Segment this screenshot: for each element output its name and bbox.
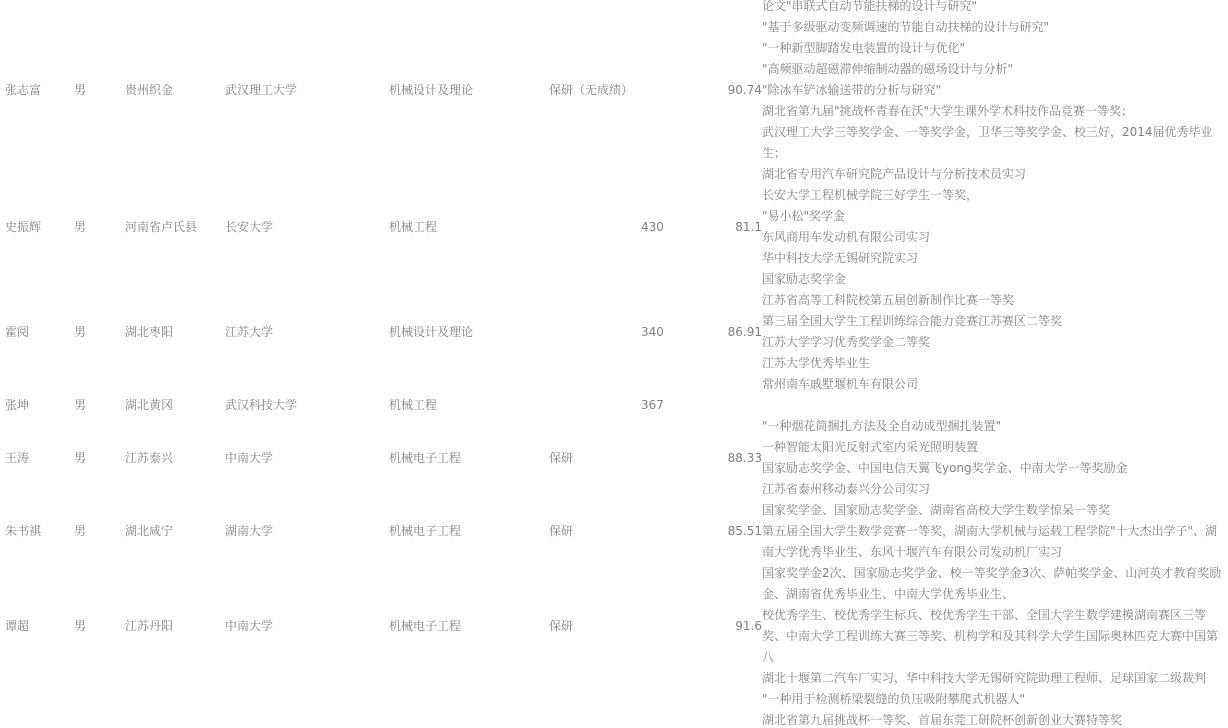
candidate-table: 张志富 男 贵州织金 武汉理工大学 机械设计及理论 保研（无成绩） 90.74 … [0,0,1228,728]
cell-achievements: 长安大学工程机械学院三好学生一等奖，"易小松"奖学金东风商用车发动机有限公司实习… [762,185,1223,269]
cell-hometown: 湖北咸宁 [125,521,225,542]
cell-major: 机械电子工程 [389,616,549,637]
achievement-line: "基于多级驱动变频调速的节能自动扶梯的设计与研究" [762,17,1223,38]
achievement-line: 第三届全国大学生工程训练综合能力竞赛江苏赛区二等奖 [762,311,1223,332]
achievement-line: "一种烟花筒捆扎方法及全自动成型捆扎装置" [762,416,1223,437]
achievement-line: "易小松"奖学金 [762,206,1223,227]
cell-exam-score: 367 [641,395,681,416]
cell-gpa: 90.74 [681,80,762,101]
achievement-line: 江苏大学优秀毕业生 [762,353,1223,374]
achievement-line: 武汉理工大学三等奖学金、一等奖学金，卫华三等奖学金、校三好，2014届优秀毕业生… [762,122,1223,164]
achievement-line: 东风商用车发动机有限公司实习 [762,227,1223,248]
cell-admission-status: 保研（无成绩） [549,80,641,101]
cell-major: 机械设计及理论 [389,80,549,101]
achievement-line: 湖北省第九届挑战杯一等奖、首届东莞工研院杯创新创业大赛特等奖 [762,710,1223,728]
cell-admission-status: 保研 [549,616,641,637]
cell-major: 机械电子工程 [389,448,549,469]
achievement-line: 国家励志奖学金 [762,269,1223,290]
table-row: "一种用于检测桥梁裂缝的负压吸附攀爬式机器人"湖北省第九届挑战杯一等奖、首届东莞… [0,689,1228,728]
cell-name: 张坤 [0,395,74,416]
cell-university: 武汉理工大学 [225,80,389,101]
table-row: 张坤 男 湖北黄冈 武汉科技大学 机械工程 367 [0,395,1228,416]
cell-gpa: 81.1 [681,217,762,238]
cell-hometown: 江苏泰兴 [125,448,225,469]
achievement-line: 国家奖学金、国家励志奖学金、湖南省高校大学生数学惊呆一等奖 [762,500,1223,521]
cell-university: 江苏大学 [225,322,389,343]
cell-major: 机械设计及理论 [389,322,549,343]
cell-achievements: 国家奖学金、国家励志奖学金、湖南省高校大学生数学惊呆一等奖第五届全国大学生数学竞… [762,500,1223,563]
cell-university: 中南大学 [225,616,389,637]
cell-name: 霍阅 [0,322,74,343]
cell-major: 机械工程 [389,395,549,416]
cell-gender: 男 [74,616,125,637]
cell-major: 机械工程 [389,217,549,238]
cell-gpa: 86.91 [681,322,762,343]
cell-achievements: "一种烟花筒捆扎方法及全自动成型捆扎装置"一种智能太阳光反射式室内采光照明装置国… [762,416,1223,500]
cell-name: 张志富 [0,80,74,101]
cell-name: 王涛 [0,448,74,469]
cell-name: 史振辉 [0,217,74,238]
cell-major: 机械电子工程 [389,521,549,542]
cell-university: 中南大学 [225,448,389,469]
cell-name: 谭超 [0,616,74,637]
cell-achievements: "一种用于检测桥梁裂缝的负压吸附攀爬式机器人"湖北省第九届挑战杯一等奖、首届东莞… [762,689,1223,728]
cell-gender: 男 [74,217,125,238]
cell-achievements: 国家励志奖学金江苏省高等工科院校第五届创新制作比赛一等奖第三届全国大学生工程训练… [762,269,1223,395]
achievement-line: "高频驱动超磁滞伸缩制动器的磁场设计与分析" [762,59,1223,80]
achievement-line: 华中科技大学无锡研究院实习 [762,248,1223,269]
cell-gender: 男 [74,448,125,469]
cell-hometown: 湖北枣阳 [125,322,225,343]
cell-gpa: 91.6 [681,616,762,637]
cell-hometown: 湖北黄冈 [125,395,225,416]
achievement-line: "一种用于检测桥梁裂缝的负压吸附攀爬式机器人" [762,689,1223,710]
cell-name: 朱书祺 [0,521,74,542]
table-row: 王涛 男 江苏泰兴 中南大学 机械电子工程 保研 88.33 "一种烟花筒捆扎方… [0,416,1228,500]
cell-university: 湖南大学 [225,521,389,542]
achievement-line: "一种新型脚踏发电装置的设计与优化" [762,38,1223,59]
table-row: 谭超 男 江苏丹阳 中南大学 机械电子工程 保研 91.6 国家奖学金2次、国家… [0,563,1228,689]
cell-gender: 男 [74,521,125,542]
cell-hometown: 江苏丹阳 [125,616,225,637]
cell-gender: 男 [74,322,125,343]
cell-admission-status: 保研 [549,448,641,469]
achievement-line: "除冰车铲冰输送带的分析与研究" [762,80,1223,101]
achievement-line: 江苏大学学习优秀奖学金二等奖 [762,332,1223,353]
table-row: 霍阅 男 湖北枣阳 江苏大学 机械设计及理论 340 86.91 国家励志奖学金… [0,269,1228,395]
achievement-line: 校优秀学生、校优秀学生标兵、校优秀学生干部、全国大学生数学建模湖南赛区三等奖、中… [762,605,1223,668]
cell-hometown: 河南省卢氏县 [125,217,225,238]
achievement-line: 国家励志奖学金、中国电信天翼飞yong奖学金、中南大学一等奖励金 [762,458,1223,479]
table-row: 张志富 男 贵州织金 武汉理工大学 机械设计及理论 保研（无成绩） 90.74 … [0,0,1228,185]
table-body: 张志富 男 贵州织金 武汉理工大学 机械设计及理论 保研（无成绩） 90.74 … [0,0,1228,728]
cell-university: 长安大学 [225,217,389,238]
achievement-line: 常州南车戚墅堰机车有限公司 [762,374,1223,395]
achievement-line: 湖北十堰第二汽车厂实习，华中科技大学无锡研究院助理工程师、足球国家二级裁判 [762,668,1223,689]
cell-exam-score: 340 [641,322,681,343]
achievement-line: 江苏省高等工科院校第五届创新制作比赛一等奖 [762,290,1223,311]
achievement-line: 第五届全国大学生数学竞赛一等奖，湖南大学机械与运载工程学院"十大杰出学子"、湖南… [762,521,1223,563]
achievement-line: 江苏省泰州移动泰兴分公司实习 [762,479,1223,500]
cell-achievements: 论文"串联式自动节能扶梯的设计与研究""基于多级驱动变频调速的节能自动扶梯的设计… [762,0,1223,185]
achievement-line: 一种智能太阳光反射式室内采光照明装置 [762,437,1223,458]
achievement-line: 论文"串联式自动节能扶梯的设计与研究" [762,0,1223,17]
table-row: 史振辉 男 河南省卢氏县 长安大学 机械工程 430 81.1 长安大学工程机械… [0,185,1228,269]
cell-hometown: 贵州织金 [125,80,225,101]
cell-gpa: 88.33 [681,448,762,469]
achievement-line: 湖北省专用汽车研究院产品设计与分析技术员实习 [762,164,1223,185]
cell-exam-score: 430 [641,217,681,238]
cell-gender: 男 [74,395,125,416]
cell-university: 武汉科技大学 [225,395,389,416]
cell-gpa: 85.51 [681,521,762,542]
cell-admission-status: 保研 [549,521,641,542]
achievement-line: 湖北省第九届"挑战杯青春在沃"大学生课外学术科技作品竞赛一等奖； [762,101,1223,122]
cell-gender: 男 [74,80,125,101]
achievement-line: 长安大学工程机械学院三好学生一等奖， [762,185,1223,206]
cell-achievements: 国家奖学金2次、国家励志奖学金、校一等奖学金3次、萨帕奖学金、山河英才教育奖励金… [762,563,1223,689]
achievement-line: 国家奖学金2次、国家励志奖学金、校一等奖学金3次、萨帕奖学金、山河英才教育奖励金… [762,563,1223,605]
table-row: 朱书祺 男 湖北咸宁 湖南大学 机械电子工程 保研 85.51 国家奖学金、国家… [0,500,1228,563]
